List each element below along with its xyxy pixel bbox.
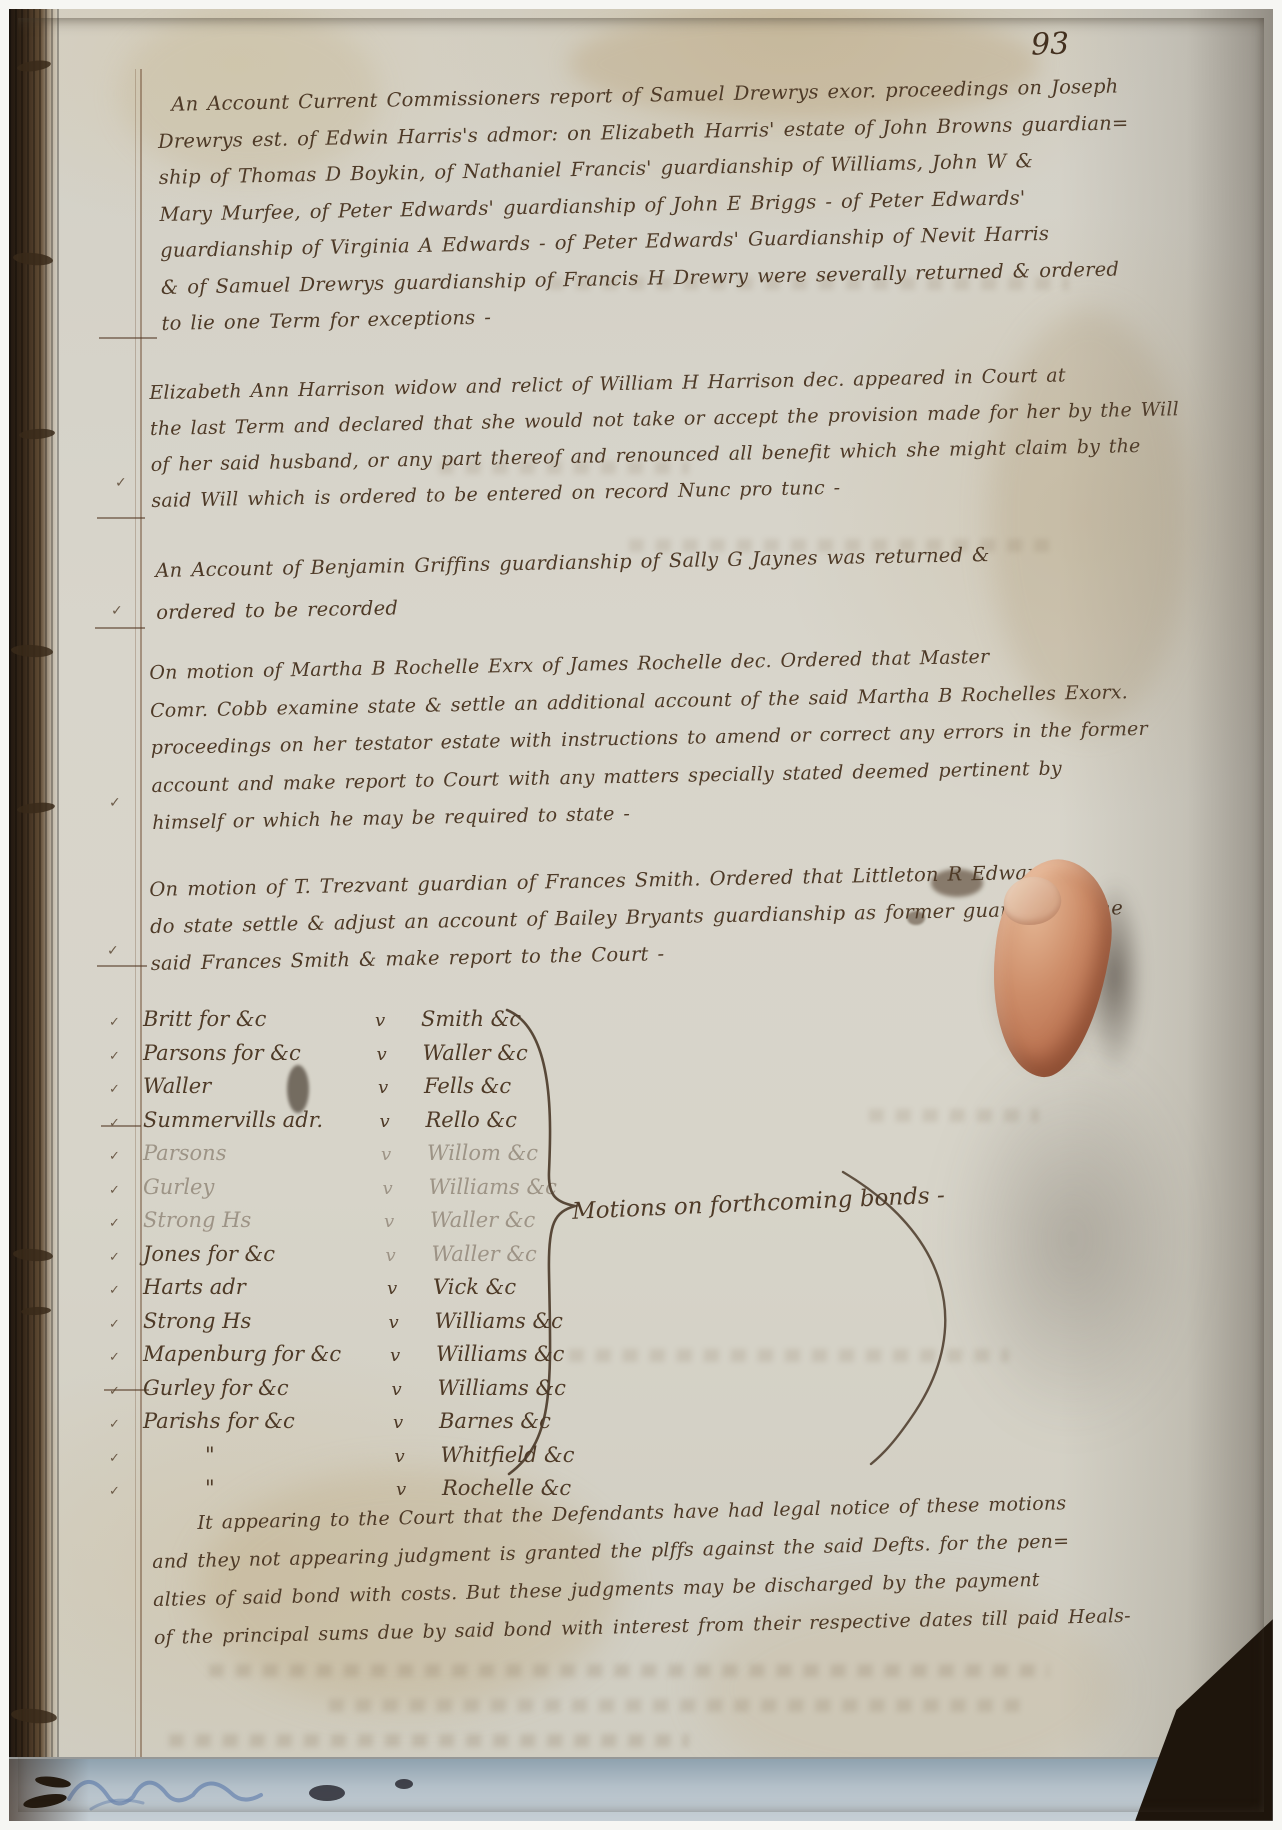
photograph-of-court-record-page: 93 An Account Current Commissioners repo… [0, 0, 1282, 1830]
court-order-paragraph: On motion of Martha B Rochelle Exrx of J… [149, 637, 1102, 843]
check-mark-icon: ✓ [109, 1417, 143, 1432]
plaintiff-name: Summervills adr. [143, 1108, 375, 1132]
binding-shadow [9, 1759, 89, 1821]
plaintiff-name: Parsons [143, 1141, 375, 1165]
margin-rule-line [135, 69, 136, 1769]
check-mark-icon: ✓ [109, 1082, 143, 1097]
versus-mark: v [390, 1345, 432, 1366]
check-mark-icon: ✓ [109, 1149, 143, 1164]
versus-mark: v [380, 1111, 422, 1132]
versus-mark: v [383, 1178, 425, 1199]
margin-rule-line [140, 69, 142, 1769]
margin-tick [99, 337, 157, 339]
check-mark-icon: ✓ [109, 1216, 143, 1231]
versus-mark: v [384, 1211, 426, 1232]
plaintiff-name: Britt for &c [143, 1007, 375, 1031]
versus-mark: v [377, 1044, 419, 1065]
ink-blot [395, 1779, 413, 1789]
ink-blot [309, 1785, 345, 1801]
margin-tick [97, 517, 145, 519]
closing-judgment-paragraph: It appearing to the Court that the Defen… [151, 1484, 1094, 1657]
check-mark-icon: ✓ [109, 795, 121, 811]
check-mark-icon: ✓ [109, 1049, 143, 1064]
table-surface [9, 1757, 1273, 1821]
check-mark-icon: ✓ [109, 1451, 143, 1466]
check-mark-icon: ✓ [109, 1484, 143, 1499]
versus-mark: v [375, 1010, 417, 1031]
plaintiff-name: " [143, 1443, 375, 1467]
book-cover-corner [1135, 1619, 1273, 1821]
versus-mark: v [395, 1446, 437, 1467]
check-mark-icon: ✓ [109, 1384, 143, 1399]
versus-mark: v [389, 1312, 431, 1333]
plaintiff-name: " [143, 1476, 375, 1500]
check-mark-icon: ✓ [109, 1015, 143, 1030]
check-mark-icon: ✓ [109, 1283, 143, 1298]
check-mark-icon: ✓ [115, 475, 127, 491]
book-page: 93 An Account Current Commissioners repo… [9, 9, 1273, 1821]
check-mark-icon: ✓ [109, 1317, 143, 1332]
plaintiff-name: Gurley [143, 1175, 375, 1199]
court-order-paragraph: Elizabeth Ann Harrison widow and relict … [149, 357, 1097, 519]
brace-icon [491, 1004, 1001, 1494]
versus-mark: v [393, 1412, 435, 1433]
bleed-through-text [169, 1734, 689, 1747]
plaintiff-name: Parsons for &c [143, 1041, 375, 1065]
check-mark-icon: ✓ [111, 603, 123, 619]
versus-mark: v [386, 1245, 428, 1266]
check-mark-icon: ✓ [109, 1116, 143, 1131]
versus-mark: v [381, 1144, 423, 1165]
margin-tick [95, 627, 145, 629]
versus-mark: v [396, 1479, 438, 1500]
ink-bleed-scribble [61, 1761, 301, 1815]
plaintiff-name: Jones for &c [143, 1242, 375, 1266]
check-mark-icon: ✓ [109, 1183, 143, 1198]
versus-mark: v [392, 1379, 434, 1400]
court-order-paragraph: An Account Current Commissioners report … [157, 69, 1092, 342]
plaintiff-name: Gurley for &c [143, 1376, 375, 1400]
bleed-through-text [329, 1699, 1029, 1712]
bleed-through-text [209, 1664, 1049, 1677]
plaintiff-name: Waller [143, 1074, 375, 1098]
check-mark-icon: ✓ [109, 1350, 143, 1365]
plaintiff-name: Strong Hs [143, 1309, 375, 1333]
plaintiff-name: Parishs for &c [143, 1409, 375, 1433]
versus-mark: v [378, 1077, 420, 1098]
check-mark-icon: ✓ [107, 943, 119, 959]
court-order-paragraph: On motion of T. Trezvant guardian of Fra… [149, 853, 1101, 982]
margin-tick [97, 965, 147, 967]
finger [985, 859, 1135, 1099]
book-binding-gutter [9, 9, 59, 1765]
plaintiff-name: Harts adr [143, 1275, 375, 1299]
page-number: 93 [1030, 26, 1069, 62]
plaintiff-name: Mapenburg for &c [143, 1342, 375, 1366]
court-order-paragraph: An Account of Benjamin Griffins guardian… [155, 532, 1086, 634]
plaintiff-name: Strong Hs [143, 1208, 375, 1232]
check-mark-icon: ✓ [109, 1250, 143, 1265]
versus-mark: v [387, 1278, 429, 1299]
